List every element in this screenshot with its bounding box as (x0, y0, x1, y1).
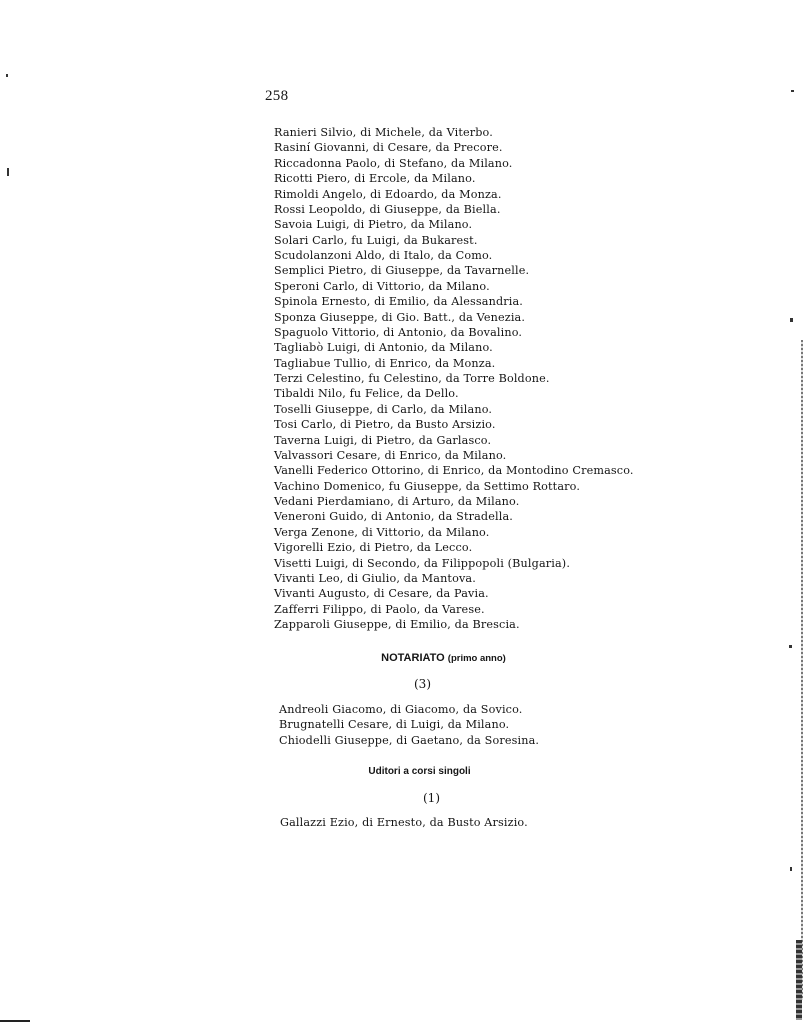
list-item: Vachino Domenico, fu Giuseppe, da Settim… (274, 479, 634, 494)
list-item: Riccadonna Paolo, di Stefano, da Milano. (274, 156, 634, 171)
section-title: NOTARIATO (381, 652, 445, 664)
page-number: 258 (265, 88, 288, 105)
student-list: Ranieri Silvio, di Michele, da Viterbo.R… (274, 125, 634, 632)
list-item: Sponza Giuseppe, di Gio. Batt., da Venez… (274, 310, 634, 325)
list-item: Toselli Giuseppe, di Carlo, da Milano. (274, 402, 634, 417)
scan-speck (789, 645, 792, 648)
list-item: Brugnatelli Cesare, di Luigi, da Milano. (279, 717, 539, 732)
list-item: Visetti Luigi, di Secondo, da Filippopol… (274, 556, 634, 571)
section-count-notariato: (3) (0, 677, 805, 691)
list-item: Tosi Carlo, di Pietro, da Busto Arsizio. (274, 417, 634, 432)
list-item: Verga Zenone, di Vittorio, da Milano. (274, 525, 634, 540)
list-item: Solari Carlo, fu Luigi, da Bukarest. (274, 233, 634, 248)
scan-edge-artifact (796, 940, 802, 1020)
list-item: Scudolanzoni Aldo, di Italo, da Como. (274, 248, 634, 263)
list-item: Taverna Luigi, di Pietro, da Garlasco. (274, 433, 634, 448)
list-item: Semplici Pietro, di Giuseppe, da Tavarne… (274, 263, 634, 278)
list-item: Zafferri Filippo, di Paolo, da Varese. (274, 602, 634, 617)
section-count-uditori: (1) (0, 791, 805, 805)
list-item: Tibaldi Nilo, fu Felice, da Dello. (274, 386, 634, 401)
list-item: Speroni Carlo, di Vittorio, da Milano. (274, 279, 634, 294)
list-item: Savoia Luigi, di Pietro, da Milano. (274, 217, 634, 232)
list-item: Andreoli Giacomo, di Giacomo, da Sovico. (279, 702, 539, 717)
section-heading-uditori: Uditori a corsi singoli (0, 766, 805, 777)
list-item: Vedani Pierdamiano, di Arturo, da Milano… (274, 494, 634, 509)
list-item: Rasiní Giovanni, di Cesare, da Precore. (274, 140, 634, 155)
list-item: Ranieri Silvio, di Michele, da Viterbo. (274, 125, 634, 140)
list-item: Vigorelli Ezio, di Pietro, da Lecco. (274, 540, 634, 555)
scan-speck (6, 74, 8, 77)
list-item: Terzi Celestino, fu Celestino, da Torre … (274, 371, 634, 386)
scan-edge-artifact (0, 1020, 30, 1022)
list-item: Vivanti Leo, di Giulio, da Mantova. (274, 571, 634, 586)
notariato-list: Andreoli Giacomo, di Giacomo, da Sovico.… (279, 702, 539, 748)
list-item: Spaguolo Vittorio, di Antonio, da Bovali… (274, 325, 634, 340)
scan-speck (790, 318, 793, 322)
scan-speck (791, 90, 794, 92)
list-item: Gallazzi Ezio, di Ernesto, da Busto Arsi… (280, 815, 528, 830)
section-heading-notariato: NOTARIATO (primo anno) (0, 652, 805, 664)
list-item: Veneroni Guido, di Antonio, da Stradella… (274, 509, 634, 524)
scan-edge-artifact (801, 340, 803, 1000)
scan-speck (7, 168, 9, 176)
list-item: Rimoldi Angelo, di Edoardo, da Monza. (274, 187, 634, 202)
list-item: Vanelli Federico Ottorino, di Enrico, da… (274, 463, 634, 478)
list-item: Zapparoli Giuseppe, di Emilio, da Bresci… (274, 617, 634, 632)
list-item: Valvassori Cesare, di Enrico, da Milano. (274, 448, 634, 463)
list-item: Ricotti Piero, di Ercole, da Milano. (274, 171, 634, 186)
list-item: Chiodelli Giuseppe, di Gaetano, da Sores… (279, 733, 539, 748)
list-item: Vivanti Augusto, di Cesare, da Pavia. (274, 586, 634, 601)
uditori-list: Gallazzi Ezio, di Ernesto, da Busto Arsi… (280, 815, 528, 830)
scan-speck (790, 867, 792, 871)
section-subtitle: (primo anno) (448, 653, 506, 664)
list-item: Spinola Ernesto, di Emilio, da Alessandr… (274, 294, 634, 309)
list-item: Tagliabue Tullio, di Enrico, da Monza. (274, 356, 634, 371)
list-item: Tagliabò Luigi, di Antonio, da Milano. (274, 340, 634, 355)
list-item: Rossi Leopoldo, di Giuseppe, da Biella. (274, 202, 634, 217)
